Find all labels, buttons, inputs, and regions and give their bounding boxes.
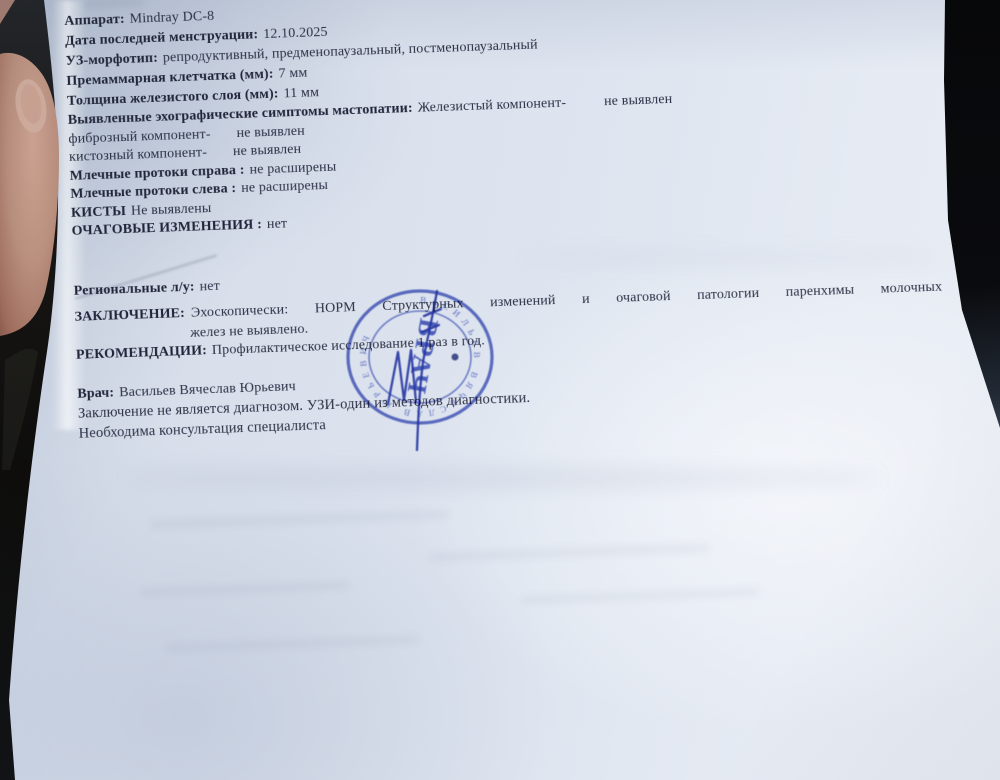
- doctor-label: Врач:: [77, 385, 114, 401]
- field-value: 11 мм: [283, 85, 319, 101]
- hand-holding-paper: [0, 0, 80, 780]
- field-label: Региональные л/у:: [73, 279, 194, 298]
- field-value: кистозный компонент-: [69, 145, 207, 165]
- field-value: не расширены: [249, 159, 336, 177]
- report-text: Аппарат:Mindray DC-8 Дата последней менс…: [64, 0, 947, 444]
- field-value: 7 мм: [278, 66, 307, 82]
- field-value: нет: [199, 278, 220, 294]
- field-value: нет: [267, 216, 288, 232]
- field-value: Mindray DC-8: [129, 9, 214, 27]
- field-value-2: не выявлен: [233, 142, 302, 159]
- paper-wave-shadow: [120, 468, 880, 488]
- field-label: Млечные протоки слева :: [70, 181, 236, 202]
- recommendation-label: РЕКОМЕНДАЦИИ:: [76, 343, 207, 363]
- field-value: 12.10.2025: [263, 25, 328, 42]
- conclusion-label: ЗАКЛЮЧЕНИЕ:: [74, 306, 185, 325]
- photo-of-document: Аппарат:Mindray DC-8 Дата последней менс…: [0, 0, 1000, 780]
- field-value-2: не выявлен: [604, 92, 673, 109]
- field-value: Железистый компонент-: [417, 96, 566, 116]
- field-value-2: не выявлен: [236, 123, 305, 140]
- field-value: не расширены: [241, 178, 328, 196]
- field-value: Не выявлены: [131, 200, 212, 218]
- field-value: фиброзный компонент-: [68, 126, 211, 146]
